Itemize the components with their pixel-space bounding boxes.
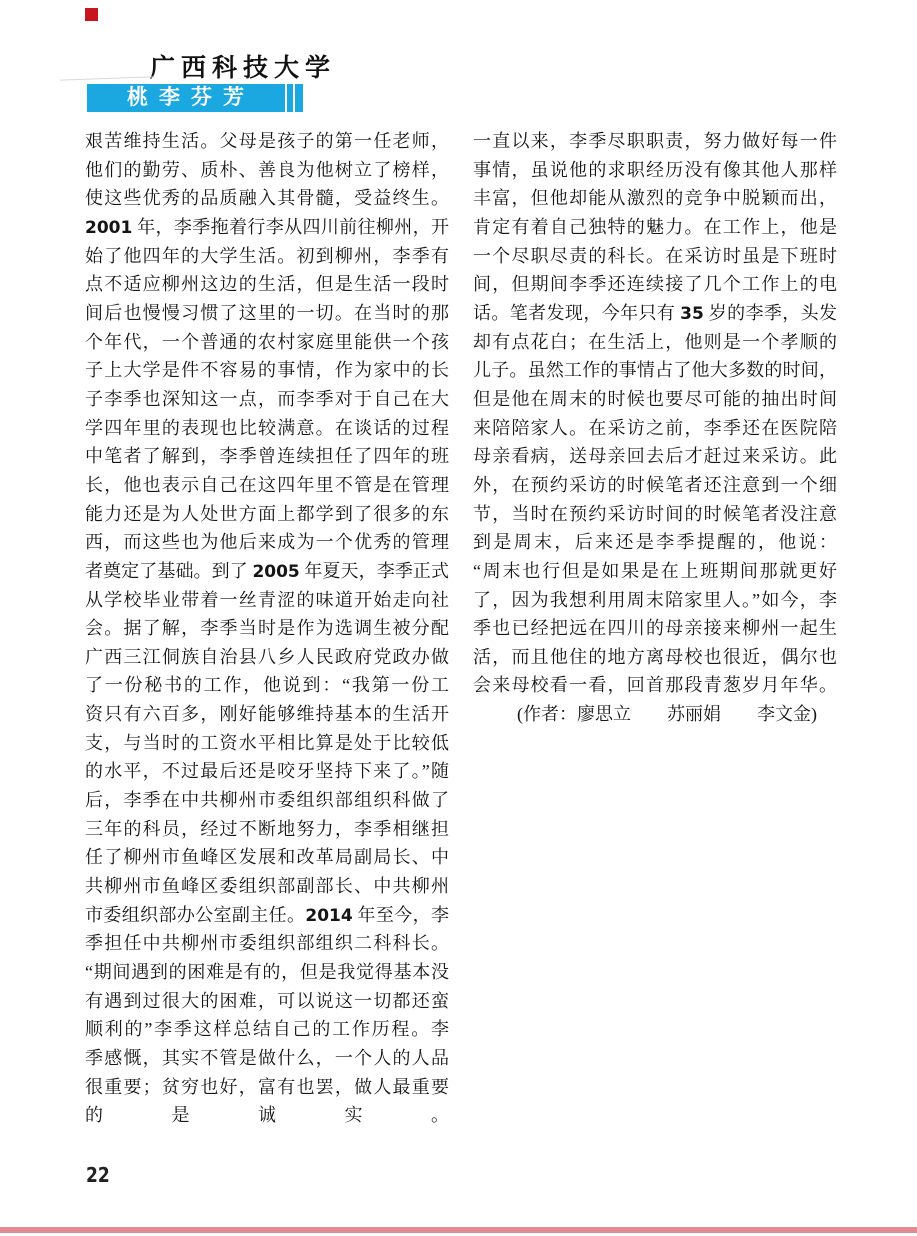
text-line: 的是诚实。 [85,1101,449,1130]
text-line: 话。笔者发现，今年只有 35 岁的李季，头发 [473,299,837,328]
text-line: 个年代，一个普通的农村家庭里能供一个孩 [85,328,449,357]
text-line: 节，当时在预约采访时间的时候笔者没注意 [473,500,837,529]
text-line: 丰富，但他却能从激烈的竞争中脱颖而出， [473,184,837,213]
text-line: 肯定有着自己独特的魅力。在工作上，他是 [473,213,837,242]
text-line: 外，在预约采访的时候笔者还注意到一个细 [473,471,837,500]
page-number: 22 [86,1163,110,1187]
text-line: 共柳州市鱼峰区委组织部副部长、中共柳州 [85,872,449,901]
text-line: 很重要；贫穷也好，富有也罢，做人最重要 [85,1073,449,1102]
banner-divider [285,84,287,112]
article-column-right-text: 一直以来，李季尽职职责，努力做好每一件事情，虽说他的求职经历没有像其他人那样丰富… [473,127,837,700]
text-line: “期间遇到的困难是有的，但是我觉得基本没 [85,958,449,987]
author-credit-line: (作者：廖思立 苏丽娟 李文金) [473,700,837,729]
text-line: 活，而且他住的地方离母校也很近，偶尔也 [473,643,837,672]
section-banner-label: 桃李芬芳 [127,84,255,112]
text-line: 任了柳州市鱼峰区发展和改革局副局长、中 [85,843,449,872]
text-line: 间，但期间李季还连续接了几个工作上的电 [473,270,837,299]
footer-red-rule [0,1227,917,1233]
text-line: 事情，虽说他的求职经历没有像其他人那样 [473,156,837,185]
text-line: 中笔者了解到，李季曾连续担任了四年的班 [85,442,449,471]
text-line: 有遇到过很大的困难，可以说这一切都还蛮 [85,987,449,1016]
text-line: 母亲看病，送母亲回去后才赶过来采访。此 [473,442,837,471]
text-line: 来陪陪家人。在采访之前，李季还在医院陪 [473,414,837,443]
text-line: 了一份秘书的工作，他说到：“我第一份工 [85,671,449,700]
text-line: 市委组织部办公室副主任。2014 年至今，李 [85,901,449,930]
scan-crease-line [60,76,154,80]
text-line: 但是他在周末的时候也要尽可能的抽出时间 [473,385,837,414]
text-line: 三年的科员，经过不断地努力，李季相继担 [85,815,449,844]
article-column-right: 一直以来，李季尽职职责，努力做好每一件事情，虽说他的求职经历没有像其他人那样丰富… [473,127,837,729]
text-line: 一个尽职尽责的科长。在采访时虽是下班时 [473,242,837,271]
text-line: 间后也慢慢习惯了这里的一切。在当时的那 [85,299,449,328]
text-line: 支，与当时的工资水平相比算是处于比较低 [85,729,449,758]
text-line: 却有点花白；在生活上，他则是一个孝顺的 [473,328,837,357]
red-corner-mark [85,8,98,21]
text-line: 子李季也深知这一点，而李季对于自己在大 [85,385,449,414]
university-title: 广西科技大学 [150,48,336,84]
text-line: 始了他四年的大学生活。初到柳州，李季有 [85,242,449,271]
magazine-page: 广西科技大学 桃李芬芳 艰苦维持生活。父母是孩子的第一任老师，他们的勤劳、质朴、… [0,0,917,1236]
text-line: 广西三江侗族自治县八乡人民政府党政办做 [85,643,449,672]
text-line: 者奠定了基础。到了 2005 年夏天，李季正式 [85,557,449,586]
text-line: “周末也行但是如果是在上班期间那就更好 [473,557,837,586]
text-line: 的水平，不过最后还是咬牙坚持下来了。”随 [85,757,449,786]
text-line: 子上大学是件不容易的事情，作为家中的长 [85,356,449,385]
text-line: 儿子。虽然工作的事情占了他大多数的时间， [473,356,837,385]
text-line: 资只有六百多，刚好能够维持基本的生活开 [85,700,449,729]
text-line: 季也已经把远在四川的母亲接来柳州一起生 [473,614,837,643]
text-line: 学四年里的表现也比较满意。在谈话的过程 [85,414,449,443]
text-line: 顺利的”李季这样总结自己的工作历程。李 [85,1015,449,1044]
text-line: 点不适应柳州这边的生活，但是生活一段时 [85,270,449,299]
text-line: 季担任中共柳州市委组织部组织二科科长。 [85,929,449,958]
text-line: 能力还是为人处世方面上都学到了很多的东 [85,500,449,529]
text-line: 他们的勤劳、质朴、善良为他树立了榜样， [85,156,449,185]
text-line: 西，而这些也为他后来成为一个优秀的管理 [85,528,449,557]
text-line: 长，他也表示自己在这四年里不管是在管理 [85,471,449,500]
text-line: 艰苦维持生活。父母是孩子的第一任老师， [85,127,449,156]
text-line: 后，李季在中共柳州市委组织部组织科做了 [85,786,449,815]
text-line: 使这些优秀的品质融入其骨髓，受益终生。 [85,184,449,213]
text-line: 到是周末，后来还是李季提醒的，他说： [473,528,837,557]
text-line: 从学校毕业带着一丝青涩的味道开始走向社 [85,586,449,615]
text-line: 季感慨，其实不管是做什么，一个人的人品 [85,1044,449,1073]
text-line: 会。据了解，李季当时是作为选调生被分配 [85,614,449,643]
text-line: 会来母校看一看，回首那段青葱岁月年华。 [473,671,837,700]
text-line: 一直以来，李季尽职职责，努力做好每一件 [473,127,837,156]
article-column-left: 艰苦维持生活。父母是孩子的第一任老师，他们的勤劳、质朴、善良为他树立了榜样，使这… [85,127,449,1130]
text-line: 了，因为我想利用周末陪家里人。”如今，李 [473,586,837,615]
text-line: 2001 年，李季拖着行李从四川前往柳州，开 [85,213,449,242]
banner-divider [293,84,295,112]
section-banner: 桃李芬芳 [87,84,303,112]
